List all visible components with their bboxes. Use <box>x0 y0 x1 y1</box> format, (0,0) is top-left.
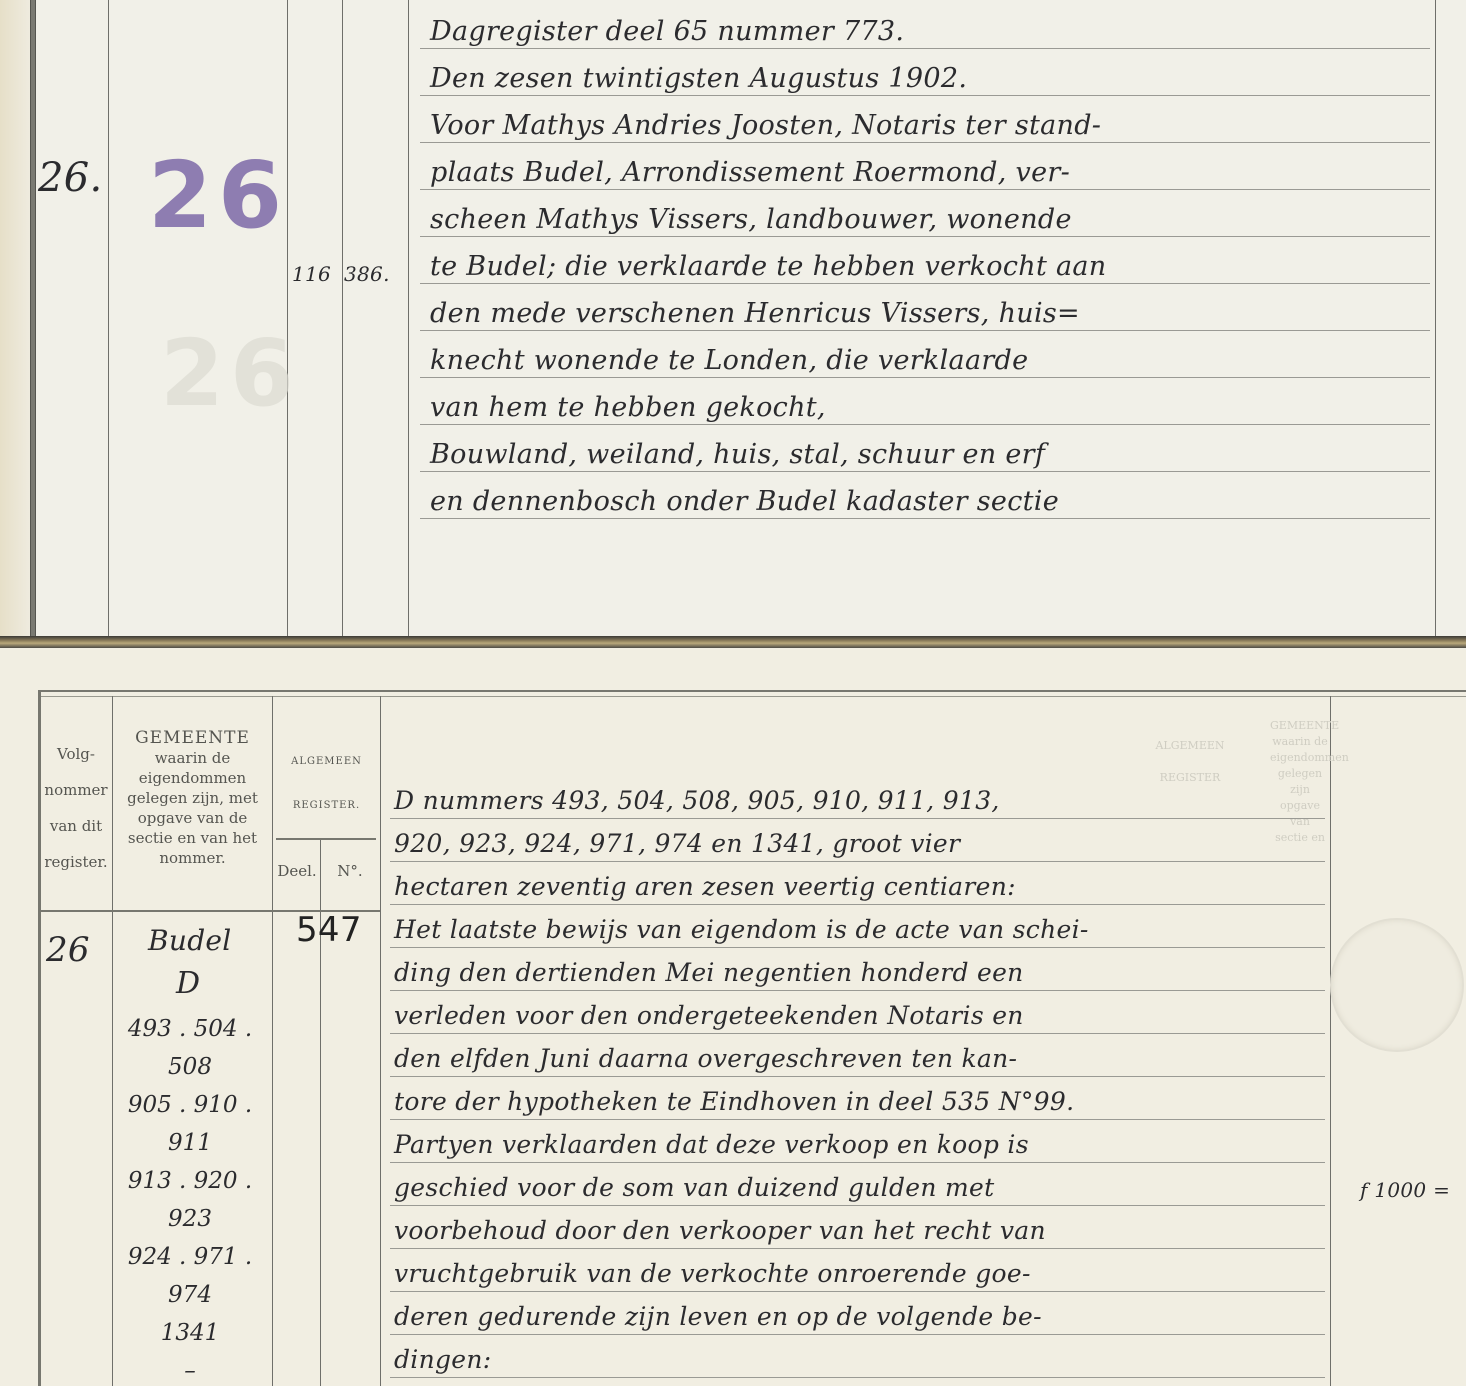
bleed-through-header: ALGEMEENREGISTER <box>1150 738 1230 786</box>
subheader-rule <box>276 838 376 840</box>
ruled-line <box>420 236 1430 237</box>
deed-line: 920, 923, 924, 971, 974 en 1341, groot v… <box>394 829 960 858</box>
ruled-line <box>390 861 1325 862</box>
deed-line: Voor Mathys Andries Joosten, Notaris ter… <box>430 110 1101 141</box>
header-text: gelegen zijn, met <box>113 788 272 808</box>
parcel-row: 905 . 910 . 911 <box>105 1086 275 1162</box>
deed-line: den elfden Juni daarna overgeschreven te… <box>394 1044 1017 1073</box>
deed-line: plaats Budel, Arrondissement Roermond, v… <box>430 157 1070 188</box>
column-border-left <box>30 0 36 636</box>
deed-line: deren gedurende zijn leven en op de volg… <box>394 1302 1042 1331</box>
ruled-line <box>390 1291 1325 1292</box>
register-deel: 116 <box>292 262 331 286</box>
embossed-seal <box>1330 918 1464 1052</box>
header-text: Volg- <box>40 736 112 772</box>
ruled-line <box>390 1248 1325 1249</box>
parcel-row: 913 . 920 . 923 <box>105 1162 275 1238</box>
column-divider <box>380 696 381 1386</box>
deed-line: verleden voor den ondergeteekenden Notar… <box>394 1001 1024 1030</box>
header-title: GEMEENTE <box>113 728 272 748</box>
sale-amount: f 1000 = <box>1360 1178 1450 1202</box>
bleed-through-stamp: 26 <box>160 320 300 427</box>
ruled-line <box>390 1334 1325 1335</box>
deed-line: Bouwland, weiland, huis, stal, schuur en… <box>430 439 1045 470</box>
entry-register-deel: 547 <box>296 910 362 950</box>
deed-line: ding den dertienden Mei negentien honder… <box>394 958 1024 987</box>
ruled-line <box>390 1162 1325 1163</box>
ruled-line <box>390 904 1325 905</box>
header-deel: Deel. <box>273 860 321 882</box>
page-edge <box>0 0 32 636</box>
ruled-line <box>420 48 1430 49</box>
entry-number-stamp: 26 <box>148 142 288 249</box>
header-text: nommer. <box>113 848 272 868</box>
deed-line: hectaren zeventig aren zesen veertig cen… <box>394 872 1016 901</box>
deed-line: voorbehoud door den verkooper van het re… <box>394 1216 1046 1245</box>
header-text: waarin de <box>113 748 272 768</box>
ruled-line <box>420 471 1430 472</box>
ruled-line <box>420 283 1430 284</box>
header-text: van dit <box>40 808 112 844</box>
deed-line: Het laatste bewijs van eigendom is de ac… <box>394 915 1089 944</box>
ruled-line <box>390 1205 1325 1206</box>
book-binding-gutter <box>0 636 1466 648</box>
deed-line: vruchtgebruik van de verkochte onroerend… <box>394 1259 1031 1288</box>
entry-volgnummer: 26 <box>46 930 90 970</box>
column-divider <box>408 0 409 636</box>
column-divider <box>1435 0 1436 636</box>
ruled-line <box>420 142 1430 143</box>
entry-sectie: D <box>176 966 200 1001</box>
header-volgnummer: Volg- nommer van dit register. <box>40 736 112 880</box>
header-text: sectie en van het <box>113 828 272 848</box>
register-nummer: 386. <box>344 262 390 286</box>
parcel-row: 1341 <box>105 1314 275 1352</box>
ruled-line <box>390 990 1325 991</box>
header-text: ALGEMEEN <box>273 740 380 784</box>
deed-line: den mede verschenen Henricus Vissers, hu… <box>430 298 1080 329</box>
ruled-line <box>390 1076 1325 1077</box>
deed-line: dingen: <box>394 1345 492 1374</box>
entry-gemeente: Budel <box>148 924 232 957</box>
parcel-row: – <box>105 1352 275 1386</box>
column-divider <box>108 0 109 636</box>
header-text: REGISTER. <box>273 784 380 828</box>
ruled-line <box>390 818 1325 819</box>
deed-line: geschied voor de som van duizend gulden … <box>394 1173 994 1202</box>
column-divider <box>287 0 288 636</box>
bleed-through-header: GEMEENTEwaarin deeigendommengelegen zijn… <box>1270 718 1330 846</box>
header-text: opgave van de <box>113 808 272 828</box>
column-divider <box>342 0 343 636</box>
ruled-line <box>420 95 1430 96</box>
header-algemeen-register: ALGEMEEN REGISTER. <box>273 740 380 828</box>
entry-number: 26. <box>38 155 103 201</box>
column-divider <box>1330 696 1331 1386</box>
ruled-line <box>390 1119 1325 1120</box>
parcel-row: 924 . 971 . 974 <box>105 1238 275 1314</box>
deed-line: en dennenbosch onder Budel kadaster sect… <box>430 486 1059 517</box>
deed-line: tore der hypotheken te Eindhoven in deel… <box>394 1087 1074 1116</box>
deed-line: Den zesen twintigsten Augustus 1902. <box>430 63 967 94</box>
header-gemeente: GEMEENTE waarin de eigendommen gelegen z… <box>113 728 272 868</box>
deed-line: Partyen verklaarden dat deze verkoop en … <box>394 1130 1029 1159</box>
ruled-line <box>420 330 1430 331</box>
ruled-line <box>390 1033 1325 1034</box>
header-nummer: N°. <box>321 860 379 882</box>
deed-line: D nummers 493, 504, 508, 905, 910, 911, … <box>394 786 1000 815</box>
deed-line: scheen Mathys Vissers, landbouwer, wonen… <box>430 204 1072 235</box>
deed-line: van hem te hebben gekocht, <box>430 392 826 423</box>
parcel-row: 493 . 504 . 508 <box>105 1010 275 1086</box>
deed-line: Dagregister deel 65 nummer 773. <box>430 16 904 47</box>
parcel-list: 493 . 504 . 508 905 . 910 . 911 913 . 92… <box>105 1010 275 1386</box>
header-text: nommer <box>40 772 112 808</box>
lower-register-page: Volg- nommer van dit register. GEMEENTE … <box>0 648 1466 1386</box>
ruled-line <box>390 947 1325 948</box>
deed-line: knecht wonende te Londen, die verklaarde <box>430 345 1028 376</box>
header-text: register. <box>40 844 112 880</box>
table-frame-top <box>38 690 1466 697</box>
deed-line: te Budel; die verklaarde te hebben verko… <box>430 251 1106 282</box>
ruled-line <box>420 424 1430 425</box>
upper-register-page: 26. 26 26 116 386. Dagregister deel 65 n… <box>0 0 1466 636</box>
ruled-line <box>420 377 1430 378</box>
header-text: eigendommen <box>113 768 272 788</box>
ruled-line <box>390 1377 1325 1378</box>
ruled-line <box>420 189 1430 190</box>
ruled-line <box>420 518 1430 519</box>
